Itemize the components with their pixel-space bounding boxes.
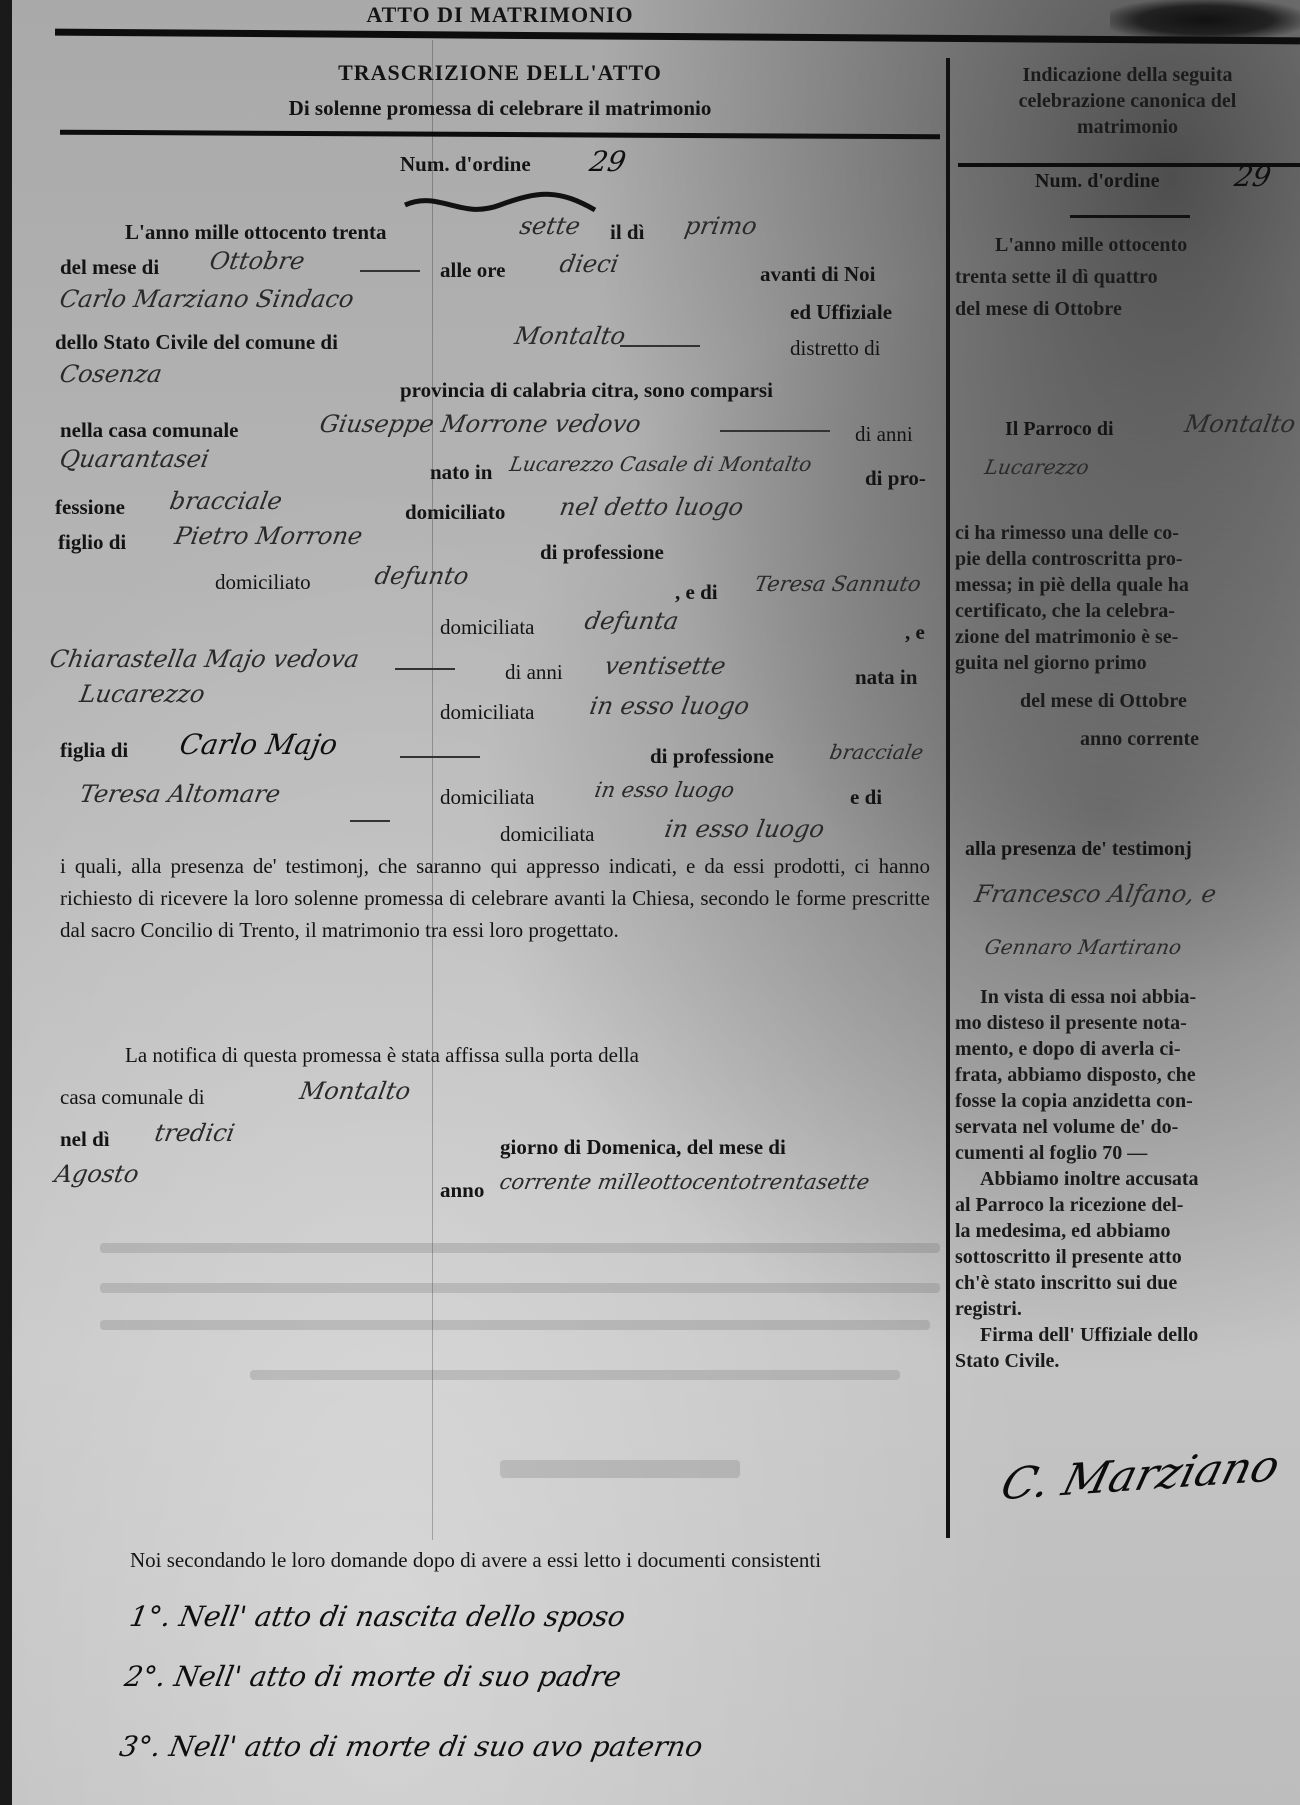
hand-notice-month: Agosto: [53, 1160, 141, 1188]
order-label-left: Num. d'ordine: [400, 152, 531, 177]
right-body-line: registri.: [955, 1297, 1300, 1323]
form-line-2-prefix: del mese di: [60, 255, 159, 280]
hand-officer: Carlo Marziano Sindaco: [58, 285, 356, 313]
left-title: TRASCRIZIONE DELL'ATTO: [200, 60, 800, 86]
right-body-2: In vista di essa noi abbia- mo disteso i…: [955, 985, 1300, 1375]
right-date-block: L'anno mille ottocento trenta sette il d…: [955, 232, 1300, 328]
order-underline: [1070, 215, 1190, 218]
hand-bride-domicile: in esso luogo: [588, 692, 752, 720]
hand-parroco-place-2: Lucarezzo: [983, 455, 1091, 479]
order-number-right: 29: [1232, 160, 1273, 193]
hand-notice-comune: Montalto: [298, 1077, 413, 1105]
hand-year: sette: [518, 212, 583, 240]
hand-bride-mother: Teresa Altomare: [78, 780, 283, 808]
right-title: Indicazione della seguita celebrazione c…: [955, 62, 1300, 140]
form-line-2-suffix: avanti di Noi: [760, 262, 876, 287]
right-body-line: fosse la copia anzidetta con-: [955, 1089, 1300, 1115]
right-title-line: matrimonio: [955, 114, 1300, 140]
document-page: ATTO DI MATRIMONIO TRASCRIZIONE DELL'ATT…: [0, 0, 1300, 1805]
form-line-6-prefix: nella casa comunale: [60, 418, 239, 443]
form-line-10-prefix: domiciliato: [215, 570, 311, 595]
right-body-line: sottoscritto il presente atto: [955, 1245, 1300, 1271]
right-body-line: zione del matrimonio è se-: [955, 624, 1300, 650]
form-line-8-prefix: fessione: [55, 495, 125, 520]
form-line-9-prefix: figlio di: [58, 530, 126, 555]
right-body-line: messa; in piè della quale ha: [955, 572, 1300, 598]
parroco-label: Il Parroco di: [1005, 418, 1114, 441]
left-header-rule: [60, 130, 940, 140]
promise-paragraph: i quali, alla presenza de' testimonj, ch…: [60, 850, 930, 946]
hand-mother: Teresa Sannuto: [753, 572, 923, 596]
signature-label-line: Stato Civile.: [955, 1349, 1300, 1375]
fill-dash: [395, 668, 455, 670]
notice-line-3-suffix: giorno di Domenica, del mese di: [500, 1135, 786, 1160]
hand-month: Ottobre: [208, 247, 307, 275]
officer-signature: C. Marziano: [996, 1441, 1285, 1511]
right-title-line: Indicazione della seguita: [955, 62, 1300, 88]
right-body-line: guita nel giorno primo: [955, 650, 1300, 688]
fill-dash: [360, 270, 420, 272]
bottom-intro: Noi secondando le loro domande dopo di a…: [130, 1548, 821, 1573]
form-line-7-suffix: di pro-: [865, 466, 926, 491]
ink-blot: [1110, 0, 1300, 40]
right-body-line: In vista di essa noi abbia-: [955, 985, 1300, 1011]
hand-line-16: in esso luogo: [663, 815, 827, 843]
form-line-12-mid: di anni: [505, 660, 563, 685]
signature-label-line: Firma dell' Uffiziale dello: [955, 1323, 1300, 1349]
form-line-4-prefix: dello Stato Civile del comune di: [55, 330, 338, 355]
document-item-3: 3°. Nell' atto di morte di suo avo pater…: [117, 1730, 705, 1763]
right-body-line: pie della controscritta pro-: [955, 546, 1300, 572]
right-body-line: anno corrente: [955, 726, 1300, 764]
right-body-line: ci ha rimesso una delle co-: [955, 520, 1300, 546]
hand-comune: Montalto: [513, 322, 628, 350]
form-line-7-mid: nato in: [430, 460, 492, 485]
order-label-right: Num. d'ordine: [1035, 170, 1159, 193]
form-line-1-mid: il dì: [610, 220, 644, 245]
form-line-15-suffix: e di: [850, 785, 882, 810]
hand-mother-domicile: defunta: [583, 607, 681, 635]
hand-day: primo: [683, 212, 760, 240]
form-line-1-prefix: L'anno mille ottocento trenta: [125, 220, 387, 245]
witness-intro: alla presenza de' testimonj: [965, 838, 1192, 861]
hand-notice-day: tredici: [153, 1119, 237, 1147]
right-body-line: servata nel volume de' do-: [955, 1115, 1300, 1141]
notice-line-3-prefix: nel dì: [60, 1127, 110, 1152]
form-line-6-suffix: di anni: [855, 422, 913, 447]
hand-bride: Chiarastella Majo vedova: [48, 645, 362, 673]
hand-bride-mother-domicile: in esso luogo: [593, 778, 736, 802]
bleed-through: [100, 1320, 930, 1330]
fold-line: [432, 40, 433, 1540]
right-body-line: Abbiamo inoltre accusata: [955, 1167, 1300, 1193]
hand-domicile: nel detto luogo: [558, 493, 746, 521]
right-body-line: del mese di Ottobre: [955, 688, 1300, 726]
form-line-10-mid: , e di: [675, 580, 718, 605]
form-line-13-mid: domiciliata: [440, 700, 534, 725]
hand-groom: Giuseppe Morrone vedovo: [318, 410, 644, 438]
right-body-line: mo disteso il presente nota-: [955, 1011, 1300, 1037]
fill-dash: [400, 756, 480, 758]
notice-line-2-prefix: casa comunale di: [60, 1085, 205, 1110]
form-line-15-mid: domiciliata: [440, 785, 534, 810]
order-number-left: 29: [587, 145, 628, 178]
fill-dash: [350, 820, 390, 822]
right-body-line: mento, e dopo di averla ci-: [955, 1037, 1300, 1063]
form-line-11-prefix: domiciliata: [440, 615, 534, 640]
hand-witness-1: Francesco Alfano, e: [973, 880, 1219, 908]
form-line-12-suffix: nata in: [855, 665, 917, 690]
hand-district: Cosenza: [58, 360, 165, 388]
hand-birthplace: Lucarezzo Casale di Montalto: [508, 452, 814, 476]
right-date-line: trenta sette il dì quattro: [955, 264, 1300, 296]
form-line-14-prefix: figlia di: [60, 738, 128, 763]
form-line-11-suffix: , e: [905, 620, 925, 645]
fill-dash: [720, 430, 830, 432]
hand-notice-year: corrente milleottocentotrentasette: [498, 1170, 872, 1194]
fill-dash: [620, 345, 700, 347]
hand-profession: bracciale: [168, 487, 285, 515]
column-divider: [946, 58, 950, 1538]
right-date-line: L'anno mille ottocento: [955, 232, 1300, 264]
hand-bride-father-profession: bracciale: [828, 740, 925, 764]
form-line-5-suffix: provincia di calabria citra, sono compar…: [400, 378, 773, 403]
hand-bride-father: Carlo Majo: [177, 728, 340, 761]
document-item-1: 1°. Nell' atto di nascita dello sposo: [127, 1600, 628, 1633]
right-title-line: celebrazione canonica del: [955, 88, 1300, 114]
left-subtitle: Di solenne promessa di celebrare il matr…: [150, 96, 850, 121]
top-title: ATTO DI MATRIMONIO: [300, 2, 700, 28]
form-line-3-suffix: ed Uffiziale: [790, 300, 892, 325]
hand-parroco-place: Montalto: [1183, 410, 1298, 438]
hand-father: Pietro Morrone: [173, 522, 365, 550]
right-body-1: ci ha rimesso una delle co- pie della co…: [955, 520, 1300, 764]
right-body-line: ch'è stato inscritto sui due: [955, 1271, 1300, 1297]
hand-bride-age: ventisette: [603, 652, 728, 680]
hand-bride-birthplace: Lucarezzo: [78, 680, 207, 708]
right-body-line: al Parroco la ricezione del-: [955, 1193, 1300, 1219]
right-date-line: del mese di Ottobre: [955, 296, 1300, 328]
form-line-4-suffix: distretto di: [790, 336, 880, 361]
document-item-2: 2°. Nell' atto di morte di suo padre: [122, 1660, 624, 1693]
bleed-through: [100, 1243, 940, 1253]
hand-witness-2: Gennaro Martirano: [983, 935, 1183, 959]
scan-edge: [0, 0, 12, 1805]
hand-hour: dieci: [558, 250, 621, 278]
right-body-line: la medesima, ed abbiamo: [955, 1219, 1300, 1245]
notice-line-4-prefix: anno: [440, 1178, 484, 1203]
form-line-8-mid: domiciliato: [405, 500, 505, 525]
right-body-line: frata, abbiamo disposto, che: [955, 1063, 1300, 1089]
bleed-through: [500, 1460, 740, 1478]
hand-age: Quarantasei: [58, 445, 212, 473]
form-line-9-suffix: di professione: [540, 540, 664, 565]
form-line-16-mid: domiciliata: [500, 822, 594, 847]
right-body-line: certificato, che la celebra-: [955, 598, 1300, 624]
notice-line-1: La notifica di questa promessa è stata a…: [125, 1043, 935, 1068]
form-line-14-suffix: di professione: [650, 744, 774, 769]
bleed-through: [250, 1370, 900, 1380]
bleed-through: [100, 1283, 940, 1293]
form-line-2-mid: alle ore: [440, 258, 506, 283]
hand-father-domicile: defunto: [373, 562, 471, 590]
right-body-line: cumenti al foglio 70 —: [955, 1141, 1300, 1167]
